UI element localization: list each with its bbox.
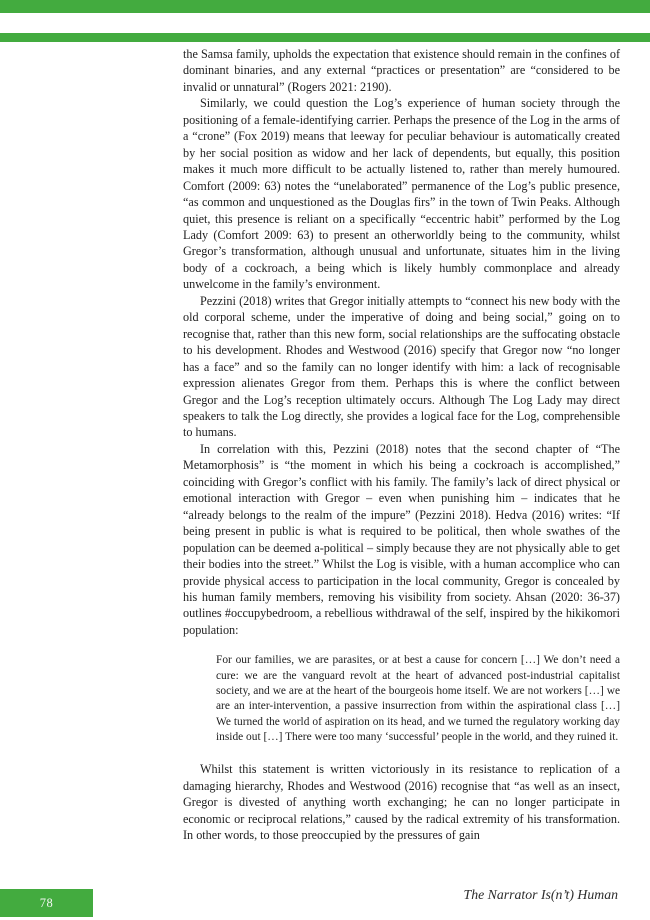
paragraph: Whilst this statement is written victori… [183, 761, 620, 843]
block-quote: For our families, we are parasites, or a… [216, 653, 620, 745]
page-number: 78 [40, 896, 54, 911]
page-number-box: 78 [0, 889, 93, 917]
header-bar-thin [0, 33, 650, 42]
header-bar-thick [0, 0, 650, 13]
body-text-column: the Samsa family, upholds the expectatio… [183, 46, 620, 844]
book-page: the Samsa family, upholds the expectatio… [0, 0, 650, 920]
paragraph: Pezzini (2018) writes that Gregor initia… [183, 293, 620, 441]
paragraph: In correlation with this, Pezzini (2018)… [183, 441, 620, 638]
paragraph: Similarly, we could question the Log’s e… [183, 95, 620, 292]
running-title: The Narrator Is(n’t) Human [464, 887, 618, 903]
paragraph-continuation: the Samsa family, upholds the expectatio… [183, 46, 620, 95]
